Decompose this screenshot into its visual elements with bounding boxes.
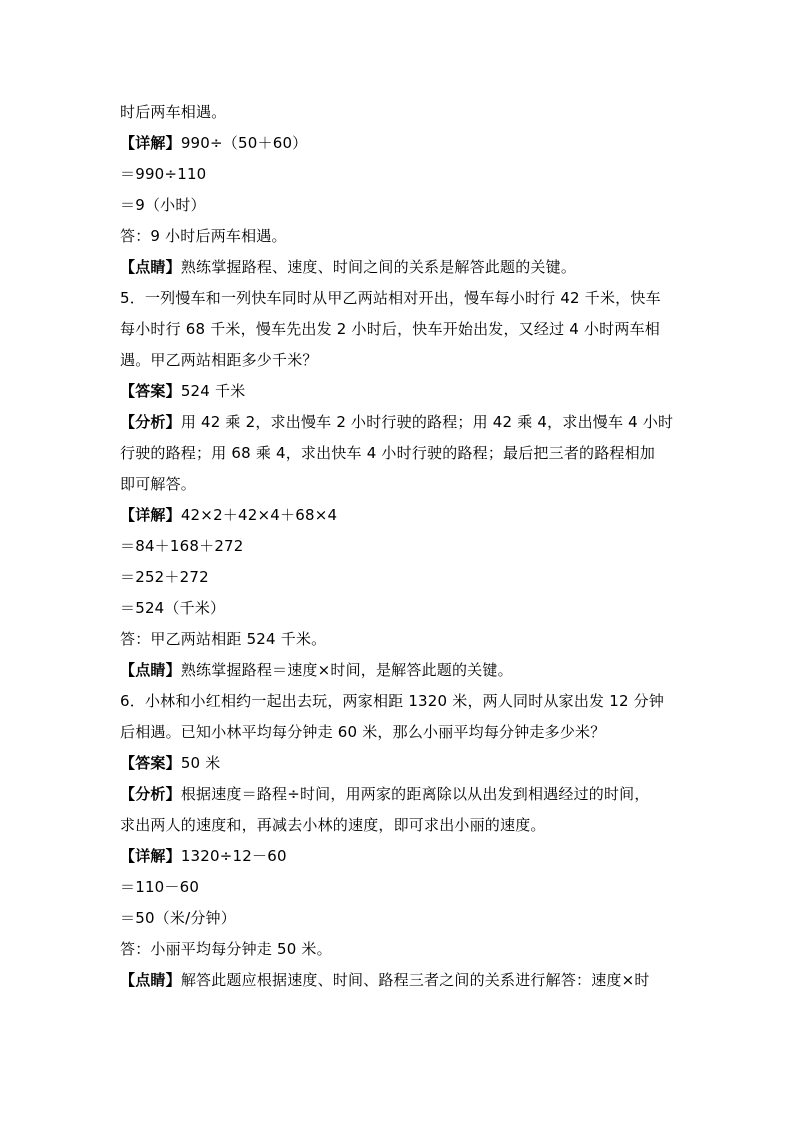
line-text: ＝9（小时） (120, 196, 206, 214)
question-5-line: 遇。甲乙两站相距多少千米？ (120, 345, 676, 376)
section-tag: 【点睛】 (120, 971, 181, 989)
answer-line: 答：小丽平均每分钟走 50 米。 (120, 934, 676, 965)
line-text: ＝524（千米） (120, 599, 225, 617)
line-text: 答：9 小时后两车相遇。 (120, 227, 287, 245)
line-text: 根据速度＝路程÷时间，用两家的距离除以从出发到相遇经过的时间， (181, 785, 650, 803)
line-text: 后相遇。已知小林平均每分钟走 60 米，那么小丽平均每分钟走多少米？ (120, 723, 605, 741)
line-text: 遇。甲乙两站相距多少千米？ (120, 351, 318, 369)
section-tag: 【分析】 (120, 785, 181, 803)
calc-line: ＝252＋272 (120, 562, 676, 593)
question-5-line: 5．一列慢车和一列快车同时从甲乙两站相对开出，慢车每小时行 42 千米，快车 (120, 283, 676, 314)
analysis-line: 求出两人的速度和，再减去小林的速度，即可求出小丽的速度。 (120, 810, 676, 841)
line-text: 6．小林和小红相约一起出去玩，两家相距 1320 米，两人同时从家出发 12 分… (120, 692, 664, 710)
line-text: 即可解答。 (120, 475, 196, 493)
line-text: 1320÷12－60 (181, 847, 287, 865)
section-tag: 【分析】 (120, 413, 181, 431)
text-line: 时后两车相遇。 (120, 97, 676, 128)
line-text: 42×2＋42×4＋68×4 (181, 506, 337, 524)
section-tag: 【点睛】 (120, 258, 181, 276)
line-text: 用 42 乘 2，求出慢车 2 小时行驶的路程；用 42 乘 4，求出慢车 4 … (181, 413, 673, 431)
answer-line: 答：9 小时后两车相遇。 (120, 221, 676, 252)
detail-line: 【详解】990÷（50＋60） (120, 128, 676, 159)
calc-line: ＝990÷110 (120, 159, 676, 190)
line-text: 熟练掌握路程、速度、时间之间的关系是解答此题的关键。 (181, 258, 576, 276)
section-tag: 【详解】 (120, 847, 181, 865)
question-5-line: 每小时行 68 千米，慢车先出发 2 小时后，快车开始出发，又经过 4 小时两车… (120, 314, 676, 345)
section-tag: 【答案】 (120, 754, 181, 772)
line-text: ＝252＋272 (120, 568, 209, 586)
line-text: ＝990÷110 (120, 165, 206, 183)
line-text: 求出两人的速度和，再减去小林的速度，即可求出小丽的速度。 (120, 816, 546, 834)
calc-line: ＝9（小时） (120, 190, 676, 221)
line-text: 时后两车相遇。 (120, 103, 226, 121)
detail-line: 【详解】42×2＋42×4＋68×4 (120, 500, 676, 531)
calc-line: ＝524（千米） (120, 593, 676, 624)
section-tag: 【详解】 (120, 134, 181, 152)
analysis-line: 行驶的路程；用 68 乘 4，求出快车 4 小时行驶的路程；最后把三者的路程相加 (120, 438, 676, 469)
line-text: 解答此题应根据速度、时间、路程三者之间的关系进行解答：速度×时 (181, 971, 650, 989)
section-tag: 【答案】 (120, 382, 181, 400)
section-tag: 【详解】 (120, 506, 181, 524)
line-text: ＝110－60 (120, 878, 199, 896)
line-text: 答：甲乙两站相距 524 千米。 (120, 630, 326, 648)
answer-key-line: 【答案】524 千米 (120, 376, 676, 407)
line-text: 50 米 (181, 754, 221, 772)
analysis-line: 【分析】用 42 乘 2，求出慢车 2 小时行驶的路程；用 42 乘 4，求出慢… (120, 407, 676, 438)
calc-line: ＝84＋168＋272 (120, 531, 676, 562)
answer-line: 答：甲乙两站相距 524 千米。 (120, 624, 676, 655)
line-text: ＝84＋168＋272 (120, 537, 244, 555)
comment-line: 【点睛】解答此题应根据速度、时间、路程三者之间的关系进行解答：速度×时 (120, 965, 676, 996)
line-text: 5．一列慢车和一列快车同时从甲乙两站相对开出，慢车每小时行 42 千米，快车 (120, 289, 661, 307)
line-text: 答：小丽平均每分钟走 50 米。 (120, 940, 332, 958)
analysis-line: 【分析】根据速度＝路程÷时间，用两家的距离除以从出发到相遇经过的时间， (120, 779, 676, 810)
analysis-line: 即可解答。 (120, 469, 676, 500)
line-text: 每小时行 68 千米，慢车先出发 2 小时后，快车开始出发，又经过 4 小时两车… (120, 320, 660, 338)
question-6-line: 后相遇。已知小林平均每分钟走 60 米，那么小丽平均每分钟走多少米？ (120, 717, 676, 748)
line-text: 990÷（50＋60） (181, 134, 308, 152)
question-6-line: 6．小林和小红相约一起出去玩，两家相距 1320 米，两人同时从家出发 12 分… (120, 686, 676, 717)
line-text: 行驶的路程；用 68 乘 4，求出快车 4 小时行驶的路程；最后把三者的路程相加 (120, 444, 655, 462)
calc-line: ＝110－60 (120, 872, 676, 903)
comment-line: 【点睛】熟练掌握路程＝速度×时间，是解答此题的关键。 (120, 655, 676, 686)
line-text: ＝50（米/分钟） (120, 909, 236, 927)
detail-line: 【详解】1320÷12－60 (120, 841, 676, 872)
comment-line: 【点睛】熟练掌握路程、速度、时间之间的关系是解答此题的关键。 (120, 252, 676, 283)
line-text: 524 千米 (181, 382, 246, 400)
calc-line: ＝50（米/分钟） (120, 903, 676, 934)
line-text: 熟练掌握路程＝速度×时间，是解答此题的关键。 (181, 661, 513, 679)
document-page: 时后两车相遇。 【详解】990÷（50＋60） ＝990÷110 ＝9（小时） … (120, 97, 676, 996)
section-tag: 【点睛】 (120, 661, 181, 679)
answer-key-line: 【答案】50 米 (120, 748, 676, 779)
